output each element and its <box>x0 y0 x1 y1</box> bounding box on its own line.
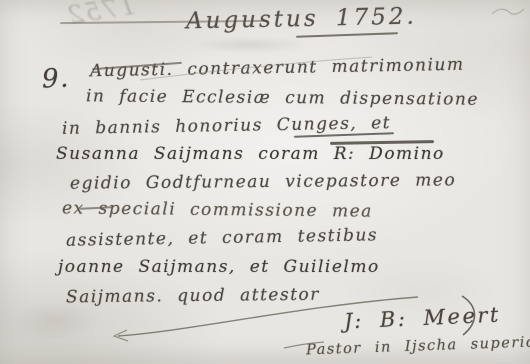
manuscript-page: 1752 Augustus 1752. 9. Augusti. contraxe… <box>0 0 530 364</box>
priest-title: Pastor in Ijscha superiori. <box>306 334 530 359</box>
entry-line: Susanna Saijmans coram R: Domino <box>56 144 445 164</box>
entry-line: Augusti. contraxerunt matrimonium <box>90 55 465 82</box>
entry-line: assistente, et coram testibus <box>66 225 378 250</box>
entry-line: ex speciali commissione mea <box>62 198 373 221</box>
corner-squiggle-mark <box>492 9 524 14</box>
entry-line: egidio Godtfurneau vicepastore meo <box>70 170 456 193</box>
entry-line: Saijmans. quod attestor <box>66 285 320 308</box>
page-title-month-year: Augustus 1752. <box>186 4 417 35</box>
year-underline <box>296 32 398 38</box>
bleedthrough-year-text: 1752 <box>64 0 137 30</box>
paper-smudge <box>190 36 310 54</box>
priest-signature: J: B: Meert <box>344 303 502 334</box>
flourish-arrow-tip <box>114 330 128 341</box>
entry-line: in facie Ecclesiæ cum dispensatione <box>86 86 479 109</box>
marginal-day-number: 9. <box>41 64 70 95</box>
entry-line: joanne Saijmans, et Guilielmo <box>58 257 380 277</box>
